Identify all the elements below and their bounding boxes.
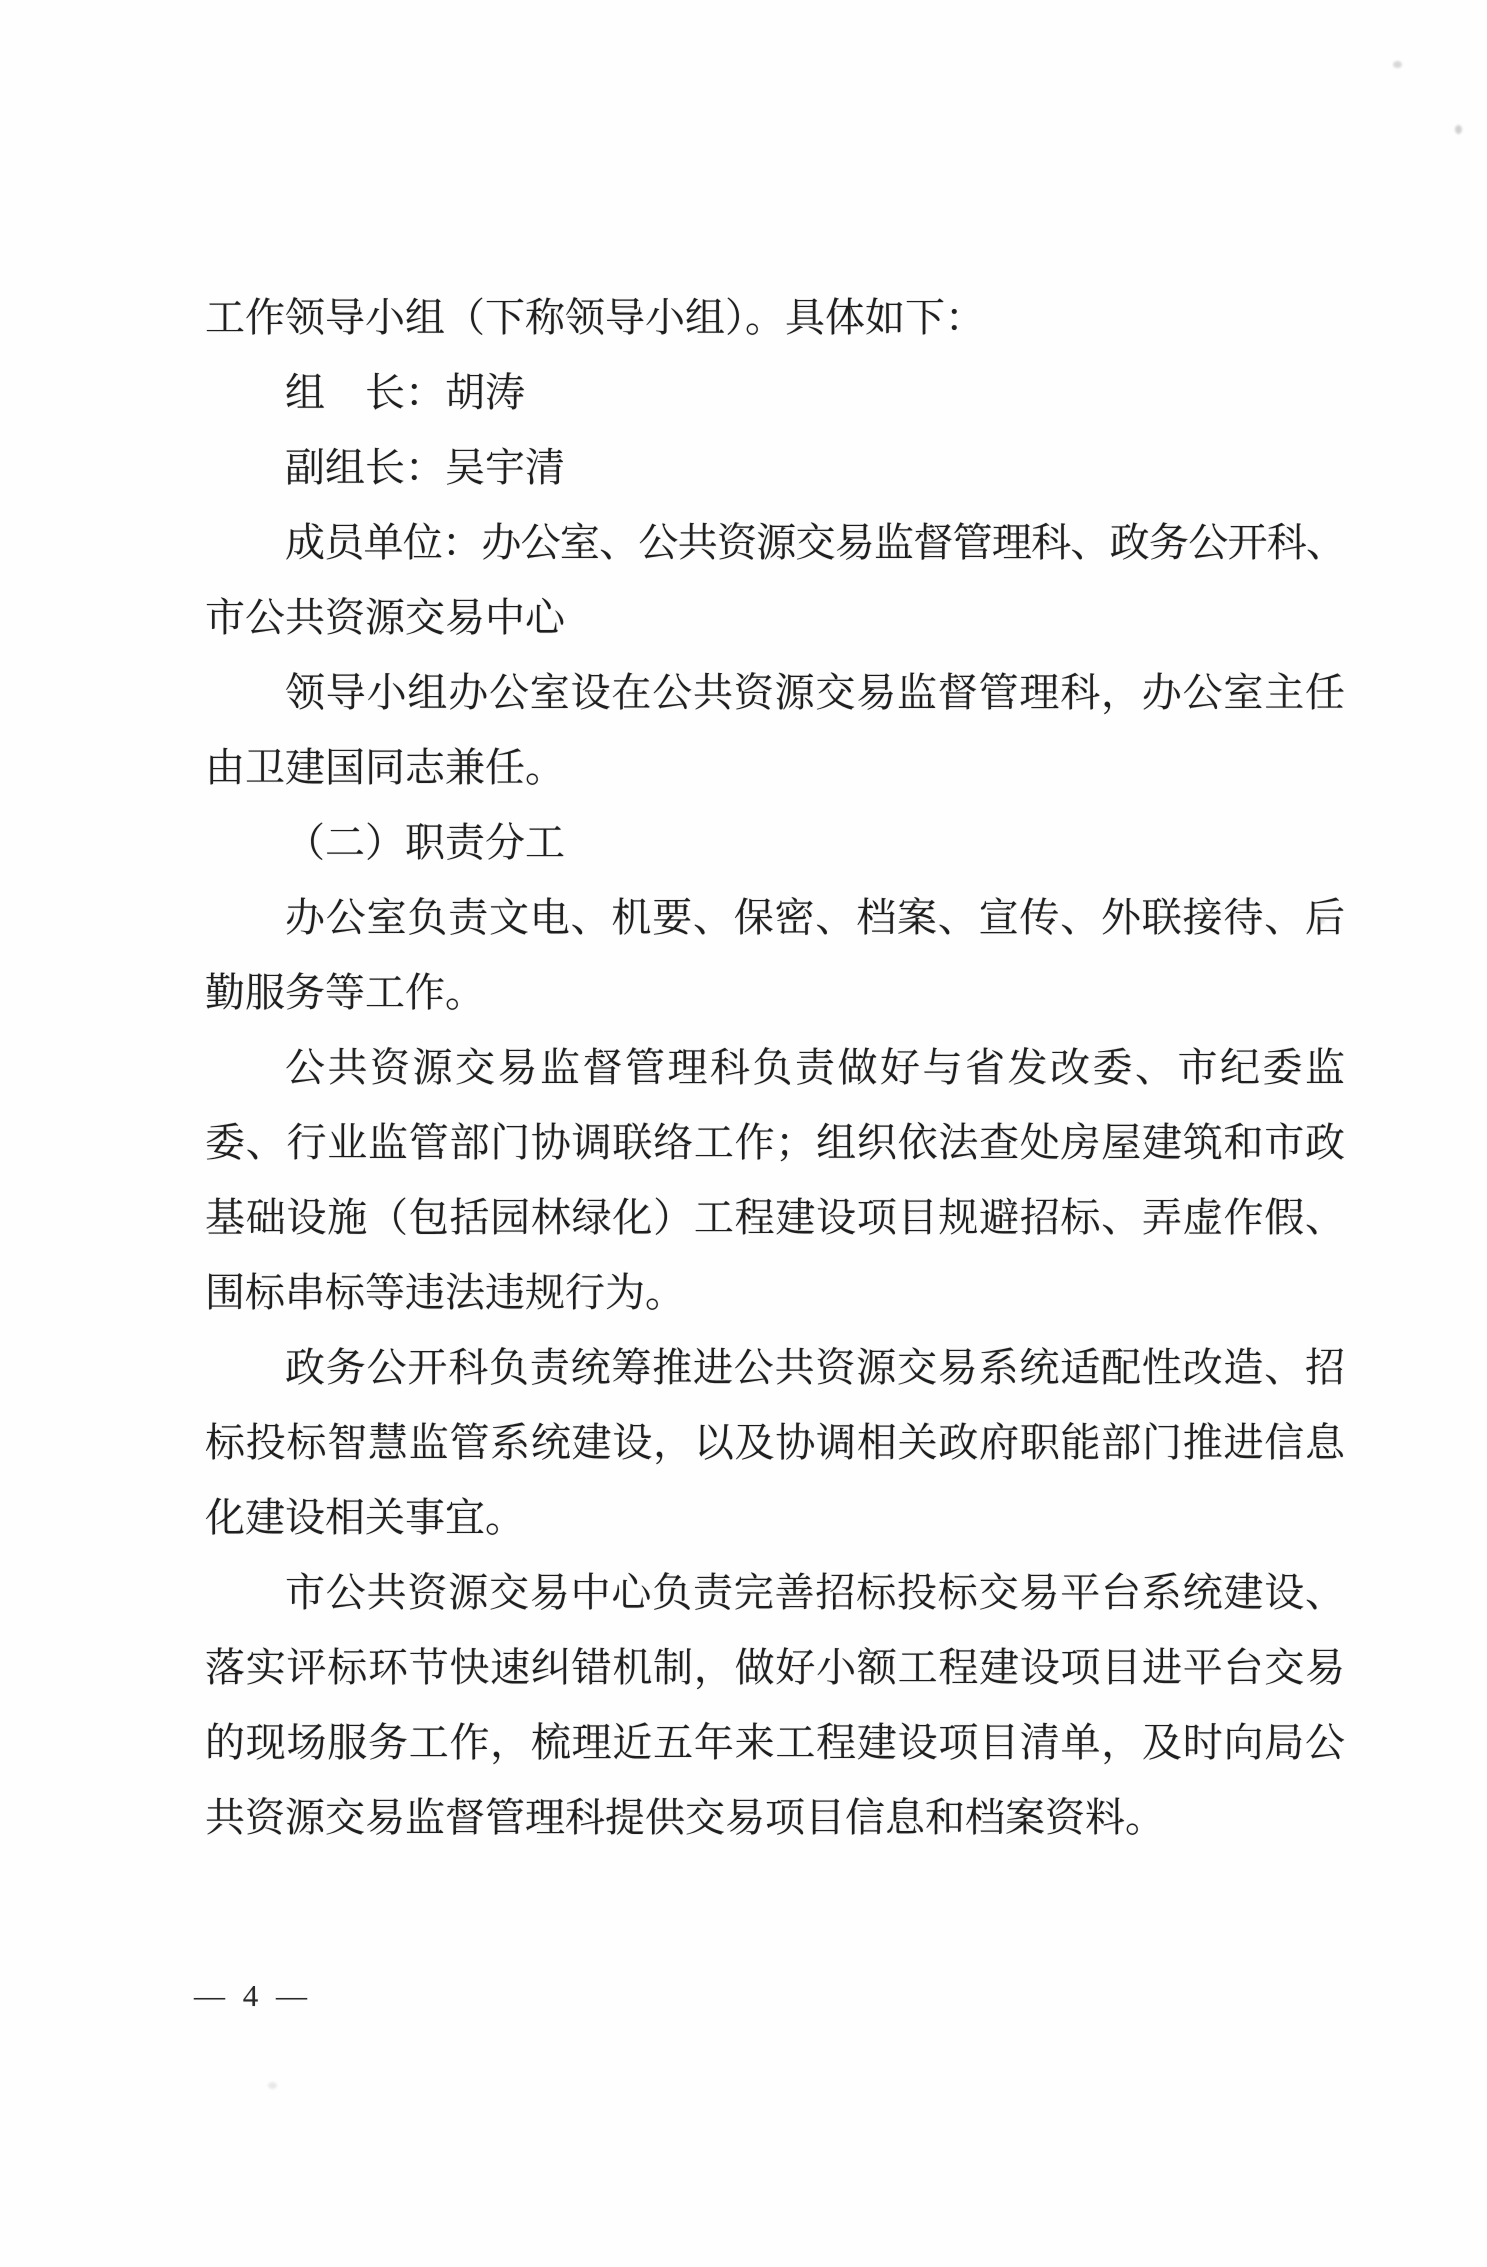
- text-line: 副组长：吴宇清: [205, 430, 1345, 505]
- text-line: 围标串标等违法违规行为。: [205, 1255, 1345, 1330]
- text-line: 组 长：胡涛: [205, 355, 1345, 430]
- text-line: 化建设相关事宜。: [205, 1480, 1345, 1555]
- text-line: 标投标智慧监管系统建设，以及协调相关政府职能部门推进信息: [205, 1405, 1345, 1480]
- text-line: 委、行业监管部门协调联络工作；组织依法查处房屋建筑和市政: [205, 1105, 1345, 1180]
- text-line: 市公共资源交易中心负责完善招标投标交易平台系统建设、: [205, 1555, 1345, 1630]
- text-line: 共资源交易监督管理科提供交易项目信息和档案资料。: [205, 1780, 1345, 1855]
- text-line: 领导小组办公室设在公共资源交易监督管理科，办公室主任: [205, 655, 1345, 730]
- text-line: 落实评标环节快速纠错机制，做好小额工程建设项目进平台交易: [205, 1630, 1345, 1705]
- scan-speck: [268, 2082, 277, 2089]
- text-line: （二）职责分工: [205, 805, 1345, 880]
- page-number: — 4 —: [194, 1978, 312, 2014]
- scan-speck: [1318, 918, 1325, 924]
- scan-speck: [1455, 125, 1462, 134]
- text-line: 办公室负责文电、机要、保密、档案、宣传、外联接待、后: [205, 880, 1345, 955]
- document-page: 工作领导小组（下称领导小组）。具体如下： 组 长：胡涛 副组长：吴宇清 成员单位…: [0, 0, 1487, 2267]
- text-line: 公共资源交易监督管理科负责做好与省发改委、市纪委监: [205, 1030, 1345, 1105]
- scan-speck: [1393, 61, 1402, 68]
- text-line: 勤服务等工作。: [205, 955, 1345, 1030]
- text-line: 市公共资源交易中心: [205, 580, 1345, 655]
- text-line: 政务公开科负责统筹推进公共资源交易系统适配性改造、招: [205, 1330, 1345, 1405]
- text-line: 成员单位：办公室、公共资源交易监督管理科、政务公开科、: [205, 505, 1345, 580]
- text-line: 的现场服务工作，梳理近五年来工程建设项目清单，及时向局公: [205, 1705, 1345, 1780]
- text-line: 基础设施（包括园林绿化）工程建设项目规避招标、弄虚作假、: [205, 1180, 1345, 1255]
- document-body: 工作领导小组（下称领导小组）。具体如下： 组 长：胡涛 副组长：吴宇清 成员单位…: [205, 280, 1345, 1855]
- text-line: 工作领导小组（下称领导小组）。具体如下：: [205, 280, 1345, 355]
- text-line: 由卫建国同志兼任。: [205, 730, 1345, 805]
